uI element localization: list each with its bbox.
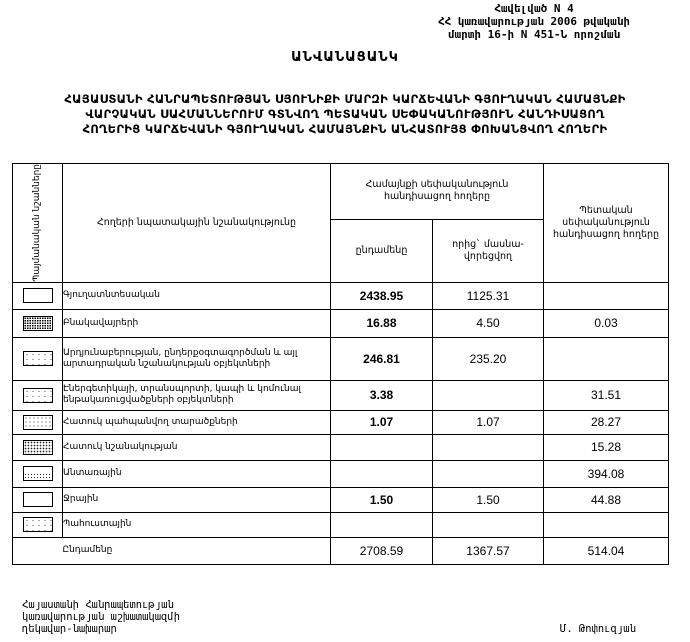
private-cell: 1125.31 (433, 282, 544, 309)
table-row: Հատուկ նշանակության15.28 (13, 434, 669, 460)
legend-swatch-icon (23, 492, 53, 507)
legend-cell (13, 309, 63, 337)
state-cell (544, 282, 669, 309)
legend-swatch-icon (23, 388, 53, 403)
table-row: Անտառային394.08 (13, 460, 669, 487)
grand-private-cell: 1367.57 (433, 537, 544, 564)
purpose-cell: Պահուստային (63, 512, 331, 537)
total-row: Ընդամենը2708.591367.57514.04 (13, 537, 669, 564)
annex-date: մարտի 16-ի N 451-Ն որոշման (438, 28, 630, 41)
total-legend-cell (13, 537, 63, 564)
header-purpose: Հողերի նպատակային նշանակությունը (63, 164, 331, 283)
private-cell: 1.50 (433, 487, 544, 512)
table-row: Բնակավայրերի16.884.500.03 (13, 309, 669, 337)
total-cell (331, 434, 433, 460)
state-cell: 0.03 (544, 309, 669, 337)
annex-reference: Հավելված N 4 ՀՀ կառավարության 2006 թվակա… (438, 2, 630, 41)
signatory-name: Մ. Թոփուզյան (560, 623, 636, 635)
legend-cell (13, 337, 63, 380)
private-cell (433, 460, 544, 487)
signatory-line-2: կառավարության աշխատակազմի (22, 611, 180, 623)
total-cell (331, 460, 433, 487)
state-cell (544, 337, 669, 380)
total-cell: 1.50 (331, 487, 433, 512)
table-body: Գյուղատնտեսական2438.951125.31Բնակավայրեր… (13, 282, 669, 564)
state-cell: 15.28 (544, 434, 669, 460)
total-cell: 1.07 (331, 410, 433, 434)
legend-cell (13, 380, 63, 410)
annex-decree: ՀՀ կառավարության 2006 թվականի (438, 15, 630, 28)
grand-state-cell: 514.04 (544, 537, 669, 564)
heading-line-3: ՀՈՂԵՐԻՑ ԿԱՐՃԵՎԱՆԻ ԳՅՈՒՂԱԿԱՆ ՀԱՄԱՅՆՔԻՆ ԱՆ… (0, 122, 690, 137)
legend-cell (13, 512, 63, 537)
header-total: ընդամենը (331, 219, 433, 282)
legend-swatch-icon (23, 466, 53, 481)
annex-number: Հավելված N 4 (438, 2, 630, 15)
header-state: Պետական սեփականություն հանդիսացող հողերը (544, 164, 669, 283)
total-cell: 16.88 (331, 309, 433, 337)
table-row: Պահուստային (13, 512, 669, 537)
legend-swatch-icon (23, 440, 53, 455)
total-cell: 246.81 (331, 337, 433, 380)
legend-swatch-icon (23, 415, 53, 430)
table-row: Գյուղատնտեսական2438.951125.31 (13, 282, 669, 309)
purpose-cell: Գյուղատնտեսական (63, 282, 331, 309)
header-private: որից` մասնա-վորեցվող (433, 219, 544, 282)
purpose-cell: Անտառային (63, 460, 331, 487)
private-cell: 1.07 (433, 410, 544, 434)
heading-line-1: ՀԱՅԱՍՏԱՆԻ ՀԱՆՐԱՊԵՏՈՒԹՅԱՆ ՍՅՈՒՆԻՔԻ ՄԱՐԶԻ … (0, 92, 690, 107)
legend-cell (13, 282, 63, 309)
header-legend: Պայմանական նշանները (13, 164, 63, 283)
legend-swatch-icon (23, 351, 53, 366)
signatory-line-1: Հայաստանի Հանրապետության (22, 599, 180, 611)
legend-swatch-icon (23, 316, 53, 331)
total-cell (331, 512, 433, 537)
legend-cell (13, 487, 63, 512)
table-row: Հատուկ պահպանվող տարածքների1.071.0728.27 (13, 410, 669, 434)
state-cell: 28.27 (544, 410, 669, 434)
total-cell: 2438.95 (331, 282, 433, 309)
legend-swatch-icon (23, 517, 53, 532)
purpose-cell: Բնակավայրերի (63, 309, 331, 337)
private-cell (433, 434, 544, 460)
header-community: Համայնքի սեփականություն հանդիսացող հողեր… (331, 164, 544, 220)
total-label: Ընդամենը (63, 537, 331, 564)
purpose-cell: Հատուկ նշանակության (63, 434, 331, 460)
purpose-cell: Արդյունաբերության, ընդերքօգտագործման և ա… (63, 337, 331, 380)
private-cell (433, 512, 544, 537)
state-cell (544, 512, 669, 537)
document-title: ԱՆՎԱՆԱՑԱՆԿ (0, 50, 690, 65)
signatory-position: Հայաստանի Հանրապետության կառավարության ա… (22, 599, 180, 635)
table-row: Ջրային1.501.5044.88 (13, 487, 669, 512)
grand-total-cell: 2708.59 (331, 537, 433, 564)
purpose-cell: Հատուկ պահպանվող տարածքների (63, 410, 331, 434)
table-row: Արդյունաբերության, ընդերքօգտագործման և ա… (13, 337, 669, 380)
signatory-line-3: ղեկավար-նախարար (22, 623, 180, 635)
state-cell: 31.51 (544, 380, 669, 410)
legend-cell (13, 410, 63, 434)
private-cell: 235.20 (433, 337, 544, 380)
total-cell: 3.38 (331, 380, 433, 410)
land-table: Պայմանական նշանները Հողերի նպատակային նշ… (12, 163, 669, 565)
state-cell: 394.08 (544, 460, 669, 487)
purpose-cell: Էներգետիկայի, տրանսպորտի, կապի և կոմունա… (63, 380, 331, 410)
purpose-cell: Ջրային (63, 487, 331, 512)
header-legend-text: Պայմանական նշանները (32, 164, 43, 282)
legend-swatch-icon (23, 288, 53, 303)
legend-cell (13, 434, 63, 460)
private-cell: 4.50 (433, 309, 544, 337)
legend-cell (13, 460, 63, 487)
document-heading: ՀԱՅԱՍՏԱՆԻ ՀԱՆՐԱՊԵՏՈՒԹՅԱՆ ՍՅՈՒՆԻՔԻ ՄԱՐԶԻ … (0, 92, 690, 137)
table-row: Էներգետիկայի, տրանսպորտի, կապի և կոմունա… (13, 380, 669, 410)
heading-line-2: ՎԱՐՉԱԿԱՆ ՍԱՀՄԱՆՆԵՐՈՒՄ ԳՏՆՎՈՂ ՊԵՏԱԿԱՆ ՍԵՓ… (0, 107, 690, 122)
state-cell: 44.88 (544, 487, 669, 512)
private-cell (433, 380, 544, 410)
